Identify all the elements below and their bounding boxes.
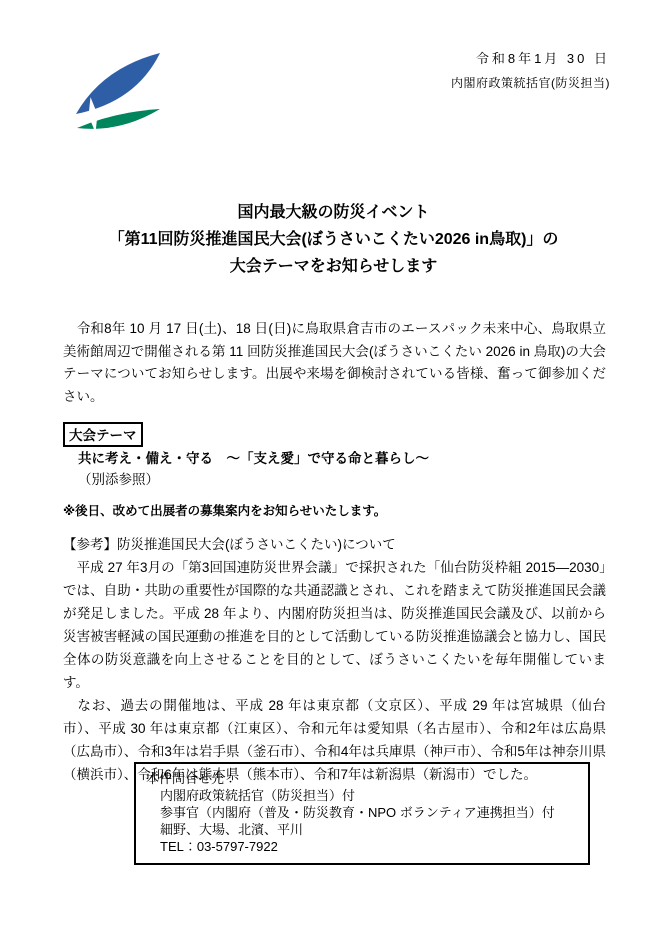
reference-heading: 【参考】防災推進国民大会(ぼうさいこくたい)について — [63, 533, 606, 556]
document-header: 令和8年1月 30 日 内閣府政策統括官(防災担当) — [451, 48, 610, 91]
title-line-3: 大会テーマをお知らせします — [0, 253, 667, 280]
title-line-1: 国内最大級の防災イベント — [0, 199, 667, 226]
intro-paragraph: 令和8年 10 月 17 日(土)、18 日(日)に鳥取県倉吉市のエースパック未… — [63, 318, 606, 408]
contact-box: 本件問合せ先： 内閣府政策統括官（防災担当）付 参事官（内閣府（普及・防災教育・… — [134, 762, 590, 865]
contact-line: 細野、大場、北濱、平川 — [146, 821, 578, 838]
reference-paragraph-1: 平成 27 年3月の「第3回国連防災世界会議」で採択された「仙台防災枠組 201… — [63, 556, 606, 694]
press-release-title: 国内最大級の防災イベント 「第11回防災推進国民大会(ぼうさいこくたい2026 … — [0, 199, 667, 280]
issuing-department: 内閣府政策統括官(防災担当) — [451, 74, 610, 91]
title-line-2: 「第11回防災推進国民大会(ぼうさいこくたい2026 in鳥取)」の — [0, 226, 667, 253]
logo-blue-leaf — [76, 53, 160, 114]
press-release-page: 令和8年1月 30 日 内閣府政策統括官(防災担当) 国内最大級の防災イベント … — [0, 0, 667, 943]
attachment-note: （別添参照） — [78, 468, 159, 488]
cabinet-office-logo-icon — [62, 50, 164, 136]
issue-date: 令和8年1月 30 日 — [451, 48, 610, 67]
contact-phone: TEL：03-5797-7922 — [146, 838, 578, 855]
exhibitor-notice: ※後日、改めて出展者の募集案内をお知らせいたします。 — [63, 501, 386, 519]
contact-title: 本件問合せ先： — [146, 770, 578, 787]
theme-label-box: 大会テーマ — [63, 422, 143, 447]
contact-line: 参事官（内閣府（普及・防災教育・NPO ボランティア連携担当）付 — [146, 804, 578, 821]
reference-section: 【参考】防災推進国民大会(ぼうさいこくたい)について 平成 27 年3月の「第3… — [63, 533, 606, 786]
contact-line: 内閣府政策統括官（防災担当）付 — [146, 787, 578, 804]
theme-text: 共に考え・備え・守る ～「支え愛」で守る命と暮らし～ — [78, 447, 429, 467]
